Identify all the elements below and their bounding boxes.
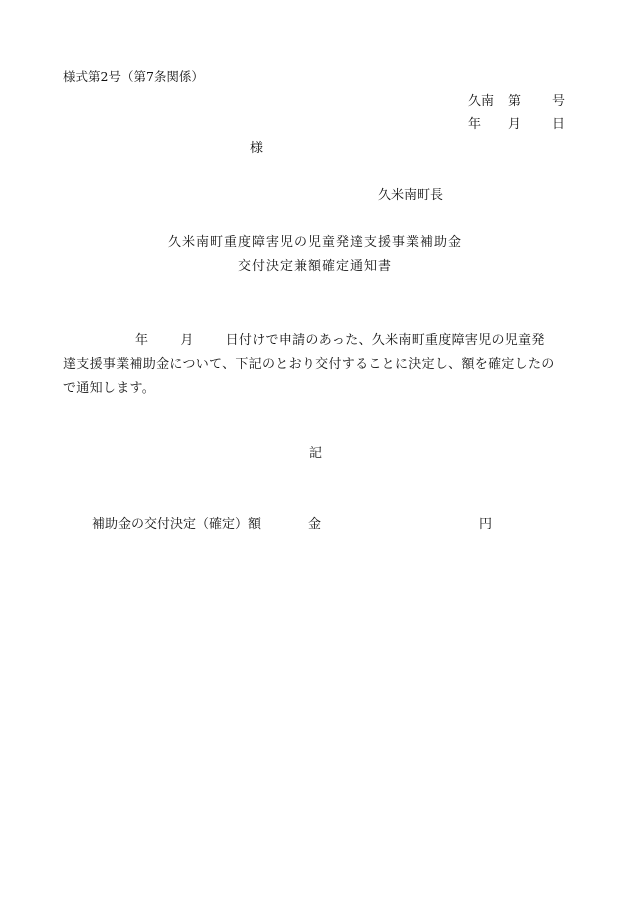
document-number: 久南 第 号 — [468, 95, 568, 108]
document-title-line-2: 交付決定兼額確定通知書 — [0, 260, 630, 273]
date-day: 日 — [552, 118, 568, 131]
notification-body: 年月日付けで申請のあった、久米南町重度障害児の児童発 達支援事業補助金について、… — [63, 329, 583, 401]
date-month: 月 — [508, 118, 552, 131]
sender: 久米南町長 — [378, 189, 443, 202]
form-number: 様式第2号（第7条関係） — [63, 71, 204, 84]
body-month: 月 — [180, 333, 193, 348]
amount-kin: 金 — [308, 518, 321, 531]
document-title-line-1: 久米南町重度障害児の児童発達支援事業補助金 — [0, 236, 630, 249]
body-line-1-text: 日付けで申請のあった、久米南町重度障害児の児童発 — [226, 333, 545, 348]
body-year: 年 — [135, 333, 148, 348]
ki-heading: 記 — [309, 447, 322, 460]
amount-yen: 円 — [479, 518, 492, 531]
doc-number-go: 号 — [552, 95, 568, 108]
issue-date: 年 月 日 — [468, 118, 568, 131]
addressee: 様 — [250, 142, 263, 155]
doc-number-dai: 第 — [508, 95, 552, 108]
date-year: 年 — [468, 118, 508, 131]
amount-label: 補助金の交付決定（確定）額 — [92, 518, 261, 531]
doc-number-prefix: 久南 — [468, 95, 508, 108]
body-line-3: で通知します。 — [63, 377, 583, 401]
body-line-1: 年月日付けで申請のあった、久米南町重度障害児の児童発 — [63, 329, 583, 353]
body-line-2: 達支援事業補助金について、下記のとおり交付することに決定し、額を確定したの — [63, 353, 583, 377]
